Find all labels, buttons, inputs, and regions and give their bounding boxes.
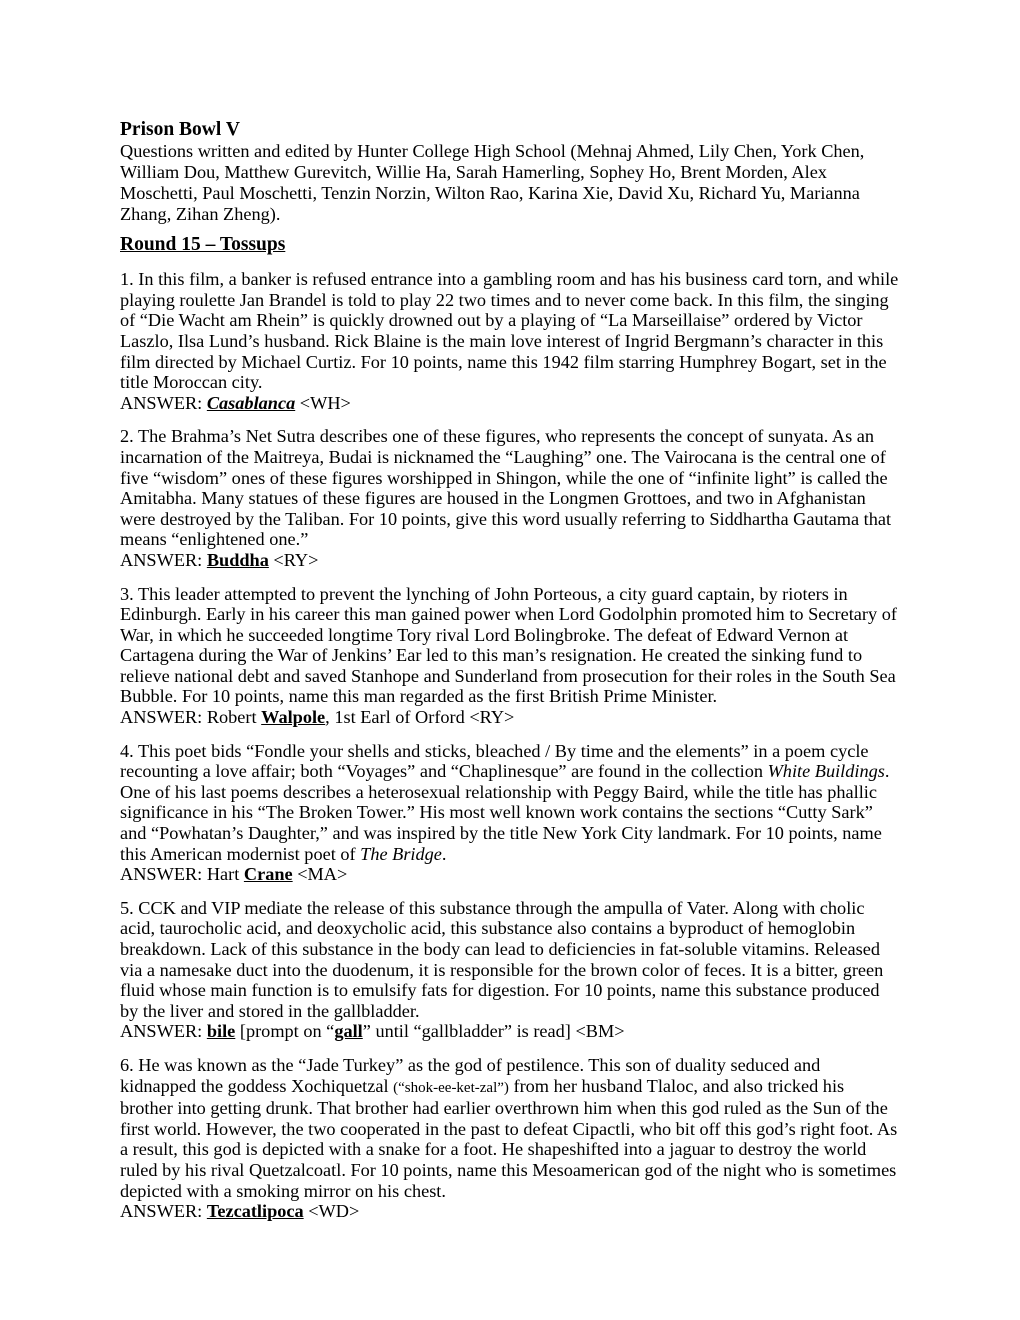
question-2-answer: ANSWER: Buddha <RY> — [120, 550, 900, 571]
question-5: 5. CCK and VIP mediate the release of th… — [120, 898, 900, 1042]
question-3-text: 3. This leader attempted to prevent the … — [120, 584, 900, 708]
question-2: 2. The Brahma’s Net Sutra describes one … — [120, 426, 900, 570]
question-4-text: 4. This poet bids “Fondle your shells an… — [120, 741, 900, 865]
question-3: 3. This leader attempted to prevent the … — [120, 584, 900, 728]
question-5-answer: ANSWER: bile [prompt on “gall” until “ga… — [120, 1021, 900, 1042]
question-6-text: 6. He was known as the “Jade Turkey” as … — [120, 1055, 900, 1201]
question-3-answer: ANSWER: Robert Walpole, 1st Earl of Orfo… — [120, 707, 900, 728]
question-6: 6. He was known as the “Jade Turkey” as … — [120, 1055, 900, 1222]
question-4-answer: ANSWER: Hart Crane <MA> — [120, 864, 900, 885]
credits-paragraph: Questions written and edited by Hunter C… — [120, 141, 900, 226]
question-6-answer: ANSWER: Tezcatlipoca <WD> — [120, 1201, 900, 1222]
question-2-text: 2. The Brahma’s Net Sutra describes one … — [120, 426, 900, 550]
question-1-text: 1. In this film, a banker is refused ent… — [120, 269, 900, 393]
round-heading: Round 15 – Tossups — [120, 234, 900, 256]
question-1-answer: ANSWER: Casablanca <WH> — [120, 393, 900, 414]
question-4: 4. This poet bids “Fondle your shells an… — [120, 741, 900, 885]
document-page: Prison Bowl V Questions written and edit… — [0, 0, 1020, 1320]
document-title: Prison Bowl V — [120, 119, 900, 141]
question-5-text: 5. CCK and VIP mediate the release of th… — [120, 898, 900, 1022]
question-1: 1. In this film, a banker is refused ent… — [120, 269, 900, 413]
